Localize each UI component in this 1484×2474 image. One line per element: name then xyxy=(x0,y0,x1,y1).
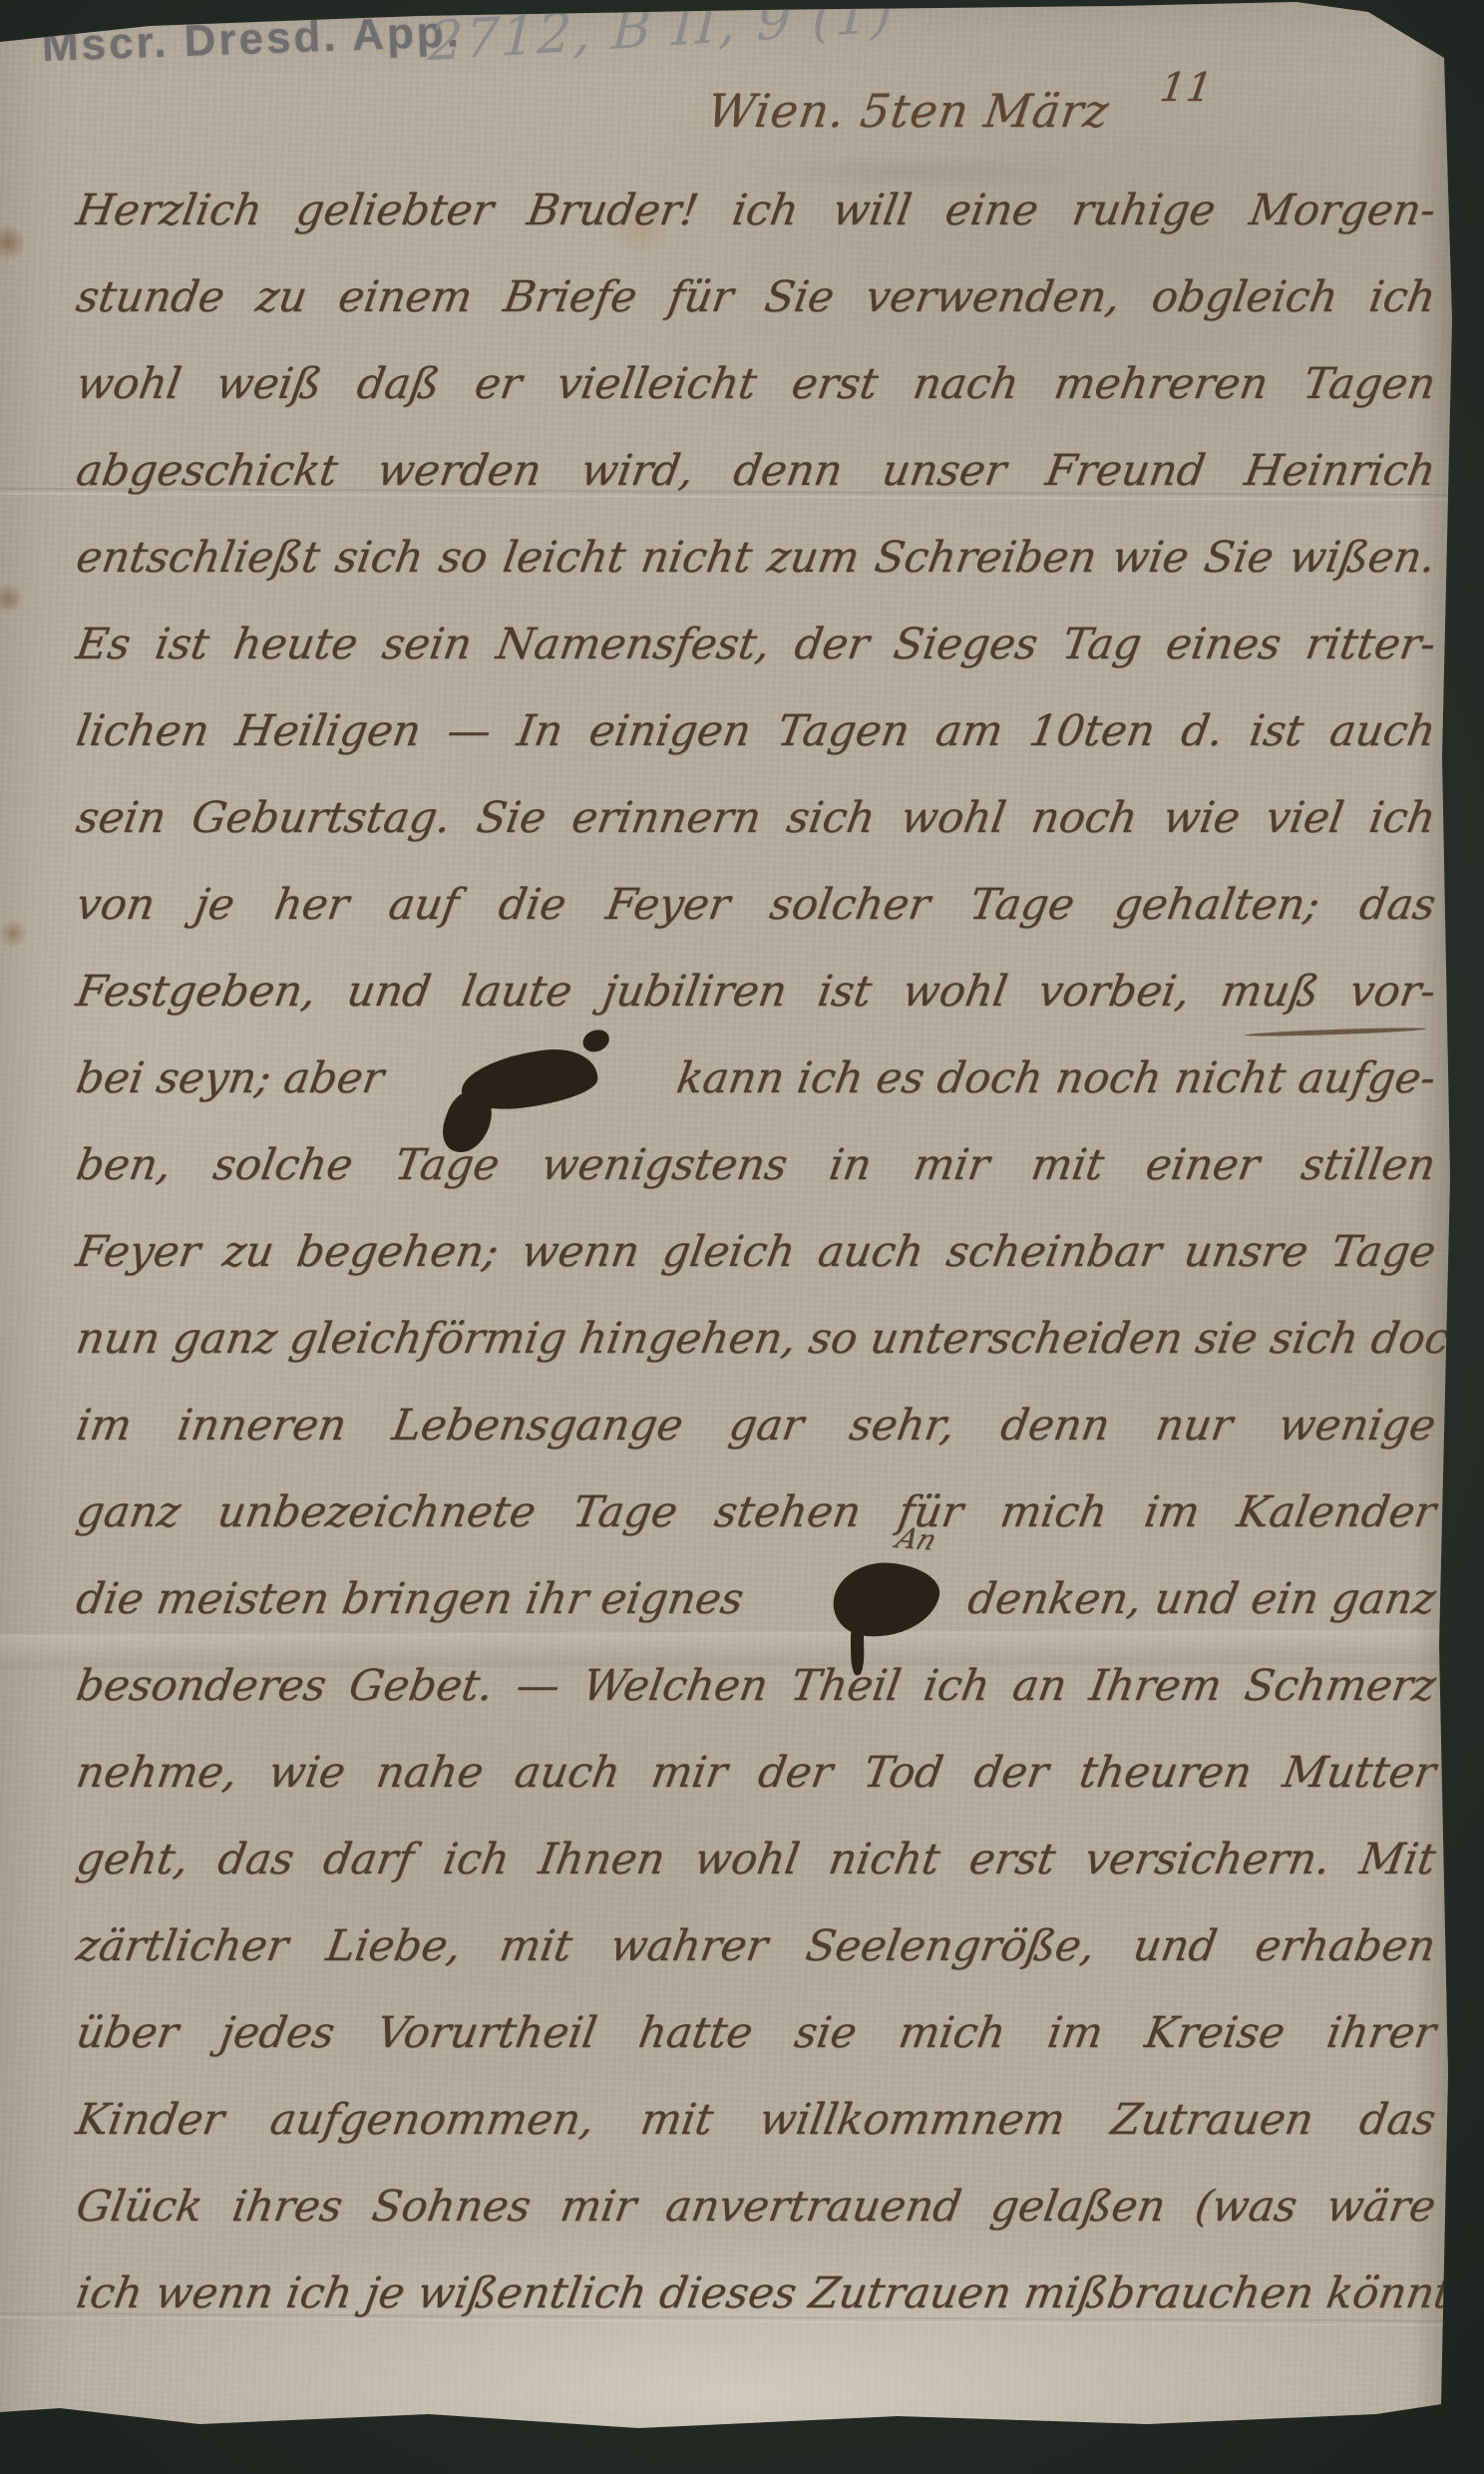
handwritten-line: lichen Heiligen — In einigen Tagen am 10… xyxy=(70,688,1442,775)
handwritten-line: wohl weiß daß er vielleicht erst nach me… xyxy=(70,341,1442,428)
handwritten-line: ich wenn ich je wißentlich dieses Zutrau… xyxy=(70,2251,1442,2337)
handwritten-line: nun ganz gleichförmig hingehen, so unter… xyxy=(70,1296,1442,1383)
dateline-year: 11 xyxy=(1157,65,1216,111)
handwritten-line: ganz unbezeichnete Tage stehen für mich … xyxy=(70,1469,1442,1556)
shelfmark-handwritten: 2712, B II, 9 (1) xyxy=(428,0,897,73)
letter-page: Mscr. Dresd. App. 2712, B II, 9 (1) Wien… xyxy=(0,0,1484,2474)
handwritten-line: ben, solche Tage wenigstens in mir mit e… xyxy=(70,1122,1442,1209)
handwritten-line: entschließt sich so leicht nicht zum Sch… xyxy=(70,515,1442,602)
handwritten-line: Glück ihres Sohnes mir anvertrauend gela… xyxy=(70,2164,1442,2251)
line-segment: die meisten bringen ihr eignes xyxy=(70,1556,750,1643)
handwritten-line: zärtlicher Liebe, mit wahrer Seelengröße… xyxy=(70,1903,1442,1990)
archive-stamp: Mscr. Dresd. App. xyxy=(41,7,463,72)
handwritten-line: Herzlich geliebter Bruder! ich will eine… xyxy=(70,168,1442,254)
dateline-place: Wien. 5ten März xyxy=(704,84,1113,138)
handwritten-line: über jedes Vorurtheil hatte sie mich im … xyxy=(70,1990,1442,2077)
foxing-stain xyxy=(0,581,22,617)
ink-blot xyxy=(461,1042,599,1114)
handwritten-line: Festgeben, und laute jubiliren ist wohl … xyxy=(70,949,1442,1035)
handwritten-line: die meisten bringen ihr eignes An denken… xyxy=(70,1556,1442,1643)
line-segment: kann ich es doch noch nicht aufge- xyxy=(670,1035,1442,1122)
handwritten-line: abgeschickt werden wird, denn unser Freu… xyxy=(70,428,1442,515)
handwritten-line: Es ist heute sein Namensfest, der Sieges… xyxy=(70,602,1442,688)
handwritten-line: geht, das darf ich Ihnen wohl nicht erst… xyxy=(70,1817,1442,1903)
handwritten-line: besonderes Gebet. — Welchen Theil ich an… xyxy=(70,1643,1442,1730)
handwritten-line: im inneren Lebensgange gar sehr, denn nu… xyxy=(70,1383,1442,1469)
letter-body: Herzlich geliebter Bruder! ich will eine… xyxy=(70,168,1428,2337)
handwritten-line: bei seyn; aber kann ich es doch noch nic… xyxy=(70,1035,1442,1122)
handwritten-line: stunde zu einem Briefe für Sie verwenden… xyxy=(70,254,1442,341)
line-segment: denken, und ein ganz xyxy=(961,1556,1442,1643)
foxing-stain xyxy=(0,221,24,263)
line-segment: bei seyn; aber xyxy=(70,1035,390,1122)
foxing-stain xyxy=(0,918,26,950)
ink-blot: An xyxy=(826,1559,945,1640)
handwritten-line: von je her auf die Feyer solcher Tage ge… xyxy=(70,862,1442,949)
dateline: Wien. 5ten März11 xyxy=(704,84,1214,138)
handwritten-line: nehme, wie nahe auch mir der Tod der the… xyxy=(70,1730,1442,1817)
handwritten-line: Kinder aufgenommen, mit willkommnem Zutr… xyxy=(70,2077,1442,2164)
handwritten-line: Feyer zu begehen; wenn gleich auch schei… xyxy=(70,1209,1442,1296)
letter-scan: Mscr. Dresd. App. 2712, B II, 9 (1) Wien… xyxy=(0,0,1484,2474)
handwritten-line: sein Geburtstag. Sie erinnern sich wohl … xyxy=(70,775,1442,862)
